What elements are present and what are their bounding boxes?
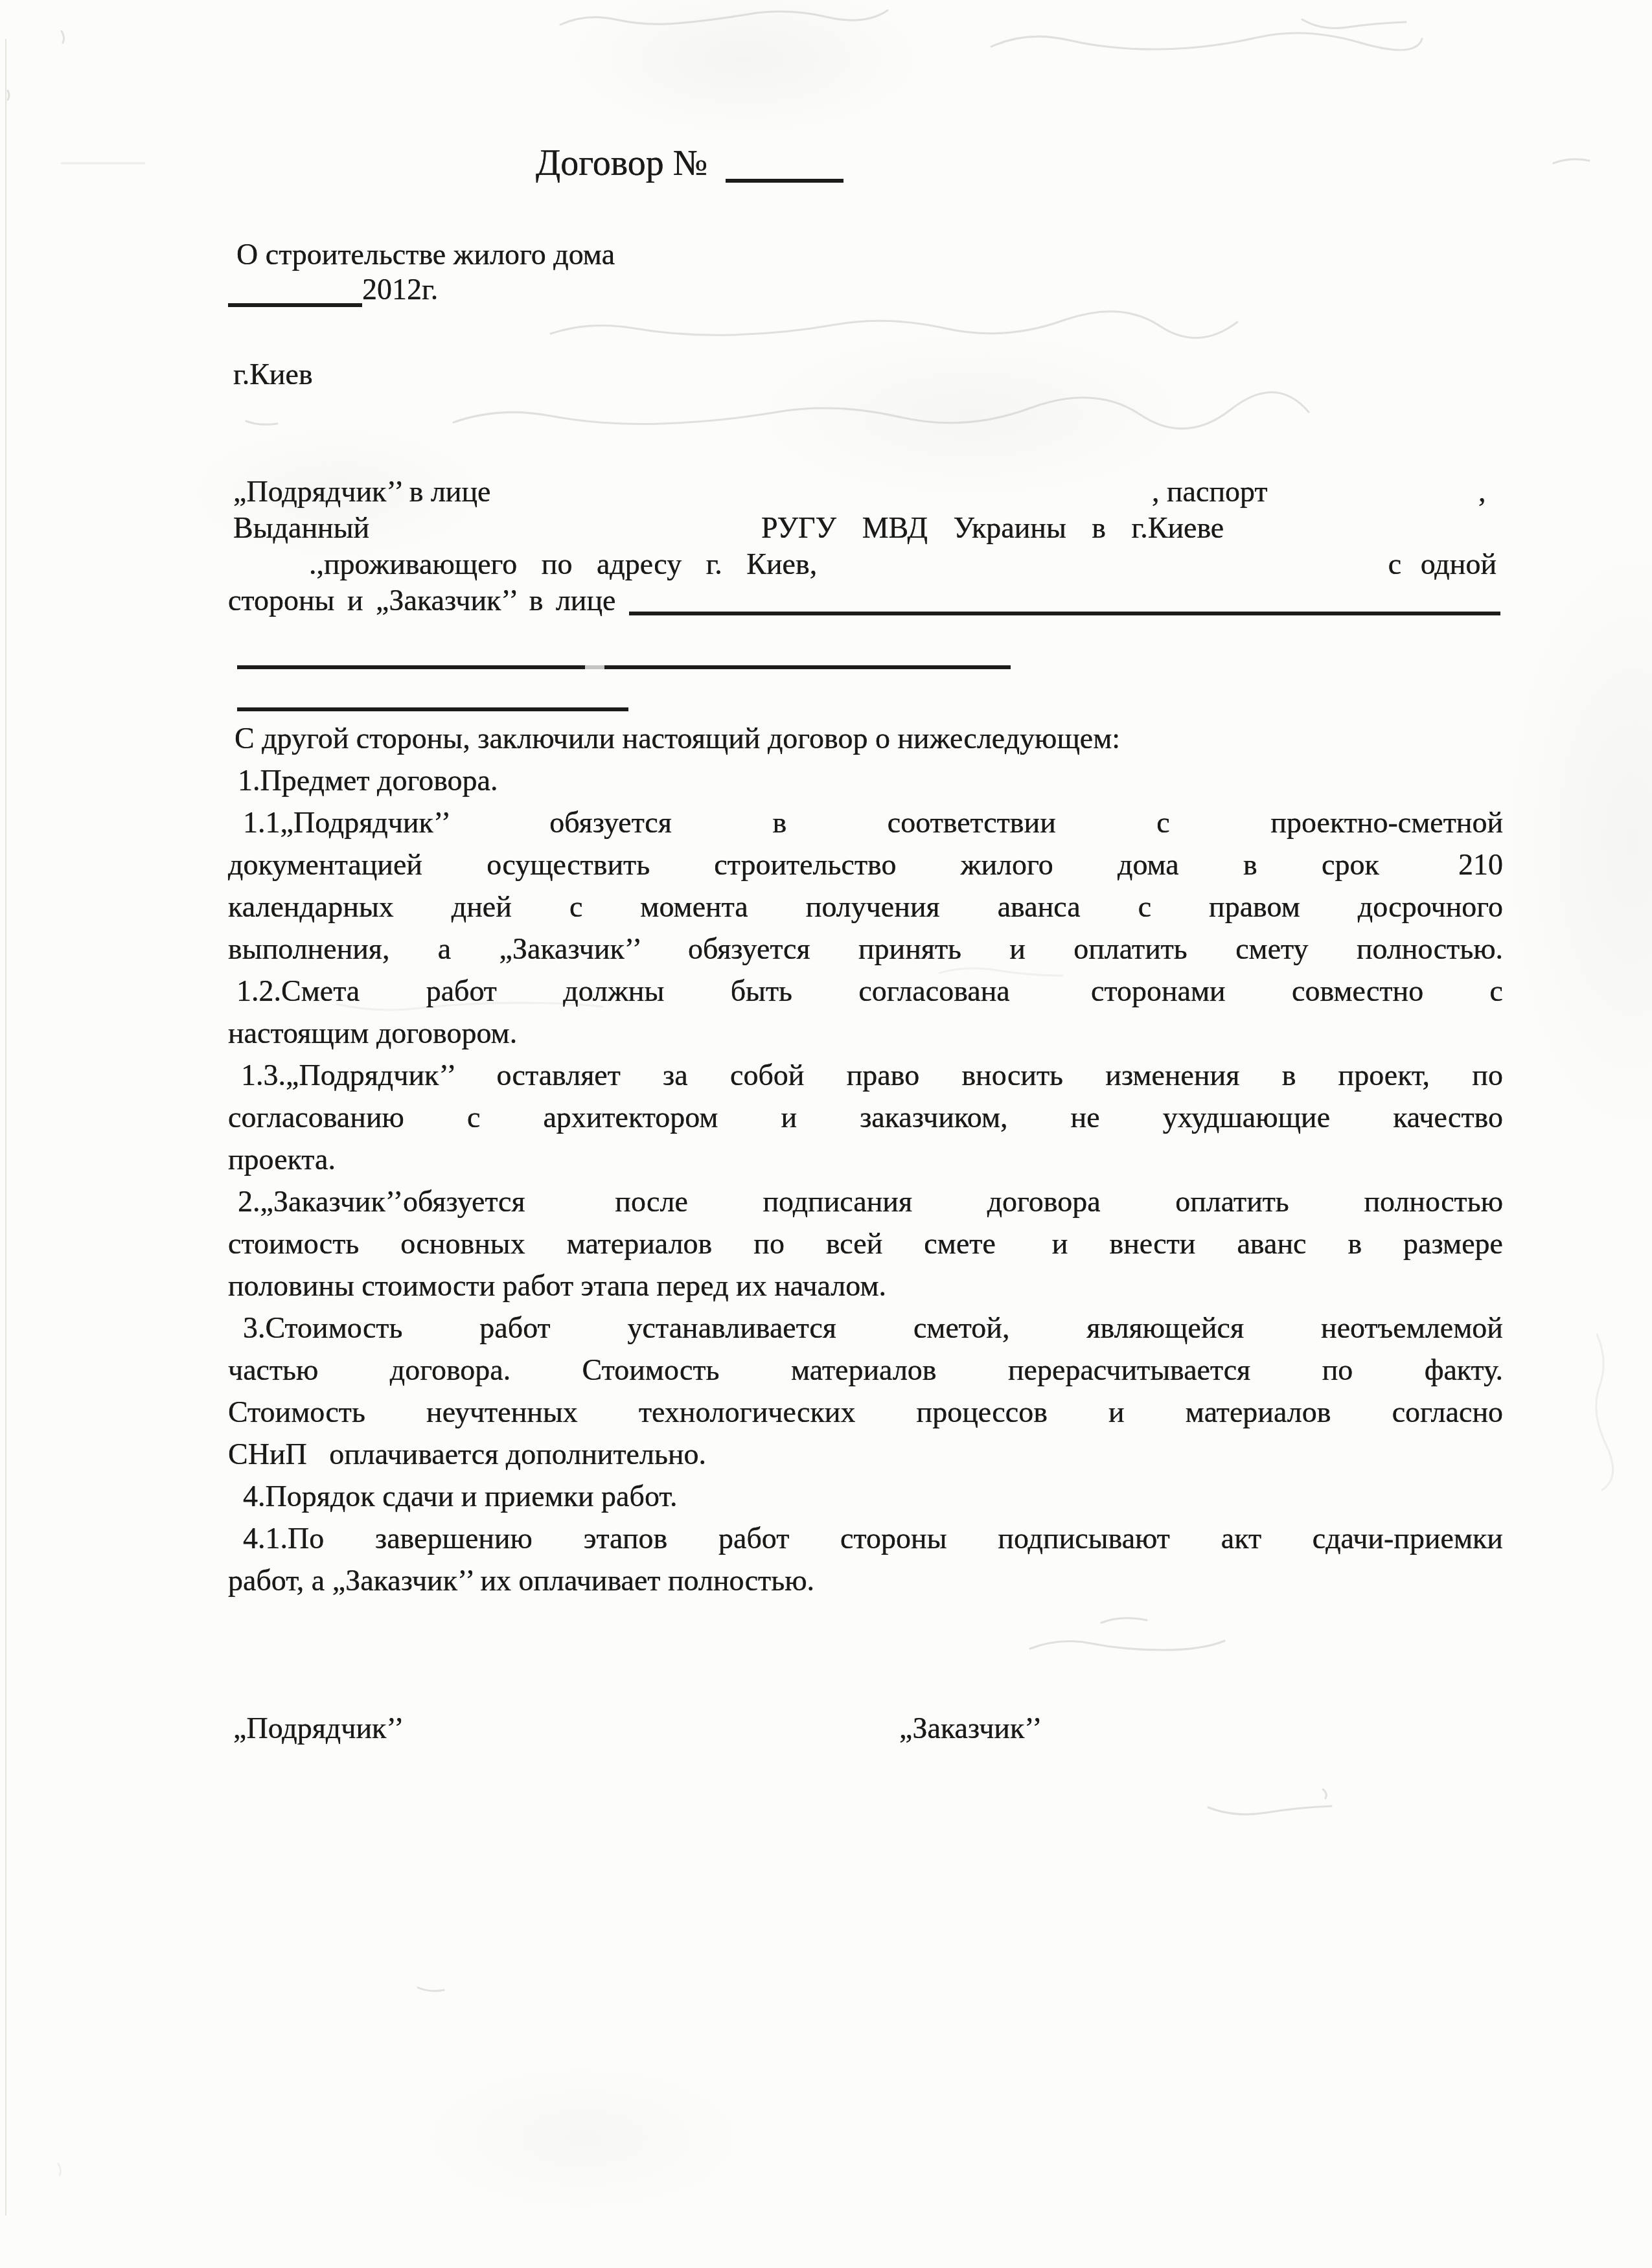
body-line-8: настоящим договором. bbox=[228, 1012, 1503, 1054]
body-line-19: 4.Порядок сдачи и приемки работ. bbox=[228, 1475, 1503, 1517]
body-line-13: стоимость основных материалов по всей см… bbox=[228, 1222, 1503, 1265]
body-line-20: 4.1.По завершению этапов работ стороны п… bbox=[228, 1517, 1503, 1559]
body-line-11: проекта. bbox=[228, 1138, 1503, 1180]
date-line: 2012г. bbox=[228, 268, 438, 310]
document: Договор № О строительстве жилого дома 20… bbox=[0, 0, 1652, 2268]
body-line-9: 1.3.„Подрядчик’’ оставляет за собой прав… bbox=[228, 1054, 1503, 1096]
contract-title-line: Договор № bbox=[536, 141, 843, 186]
body-line-10: согласованию с архитектором и заказчиком… bbox=[228, 1096, 1503, 1138]
scanned-contract-page: { "page": {"kind": "scanned paper contra… bbox=[0, 0, 1652, 2268]
body-line-5: календарных дней с момента получения ава… bbox=[228, 886, 1503, 928]
customer-intro-text: стороны и „Заказчик’’ в лице bbox=[228, 579, 616, 621]
body-line-15: 3.Стоимость работ устанавливается сметой… bbox=[228, 1307, 1503, 1349]
scan-edge-artifact bbox=[5, 39, 6, 2216]
body-line-17: Стоимость неучтенных технологических про… bbox=[228, 1391, 1503, 1433]
body-line-7: 1.2.Смета работ должны быть согласована … bbox=[228, 970, 1503, 1012]
body-line-2: 1.Предмет договора. bbox=[228, 759, 1503, 801]
customer-name-blank bbox=[629, 579, 1501, 615]
body-line-1: С другой стороны, заключили настоящий до… bbox=[228, 717, 1503, 759]
body-line-12: 2.„Заказчик’’обязуется после подписания … bbox=[228, 1180, 1503, 1222]
blank-line-2 bbox=[237, 707, 628, 711]
blank-line-1 bbox=[237, 665, 1011, 669]
contract-number-blank bbox=[726, 179, 843, 183]
signature-customer: „Заказчик’’ bbox=[899, 1707, 1042, 1749]
date-year: 2012г. bbox=[362, 273, 438, 306]
body-line-6: выполнения, а „Заказчик’’ обязуется прин… bbox=[228, 928, 1503, 970]
body-line-4: документацией осуществить строительство … bbox=[228, 843, 1503, 886]
contract-title: Договор № bbox=[536, 143, 707, 183]
body-line-21: работ, а „Заказчик’’ их оплачивает полно… bbox=[228, 1559, 1503, 1601]
body-line-16: частью договора. Стоимость материалов пе… bbox=[228, 1349, 1503, 1391]
body-line-14: половины стоимости работ этапа перед их … bbox=[228, 1265, 1503, 1307]
body-line-3: 1.1„Подрядчик’’ обязуется в соответствии… bbox=[228, 801, 1503, 843]
city-label: г.Киев bbox=[233, 353, 313, 395]
body-line-18: СНиП оплачивается дополнительно. bbox=[228, 1433, 1503, 1475]
customer-line: стороны и „Заказчик’’ в лице bbox=[228, 579, 1503, 621]
signature-contractor: „Подрядчик’’ bbox=[233, 1707, 404, 1749]
date-blank bbox=[228, 303, 362, 307]
